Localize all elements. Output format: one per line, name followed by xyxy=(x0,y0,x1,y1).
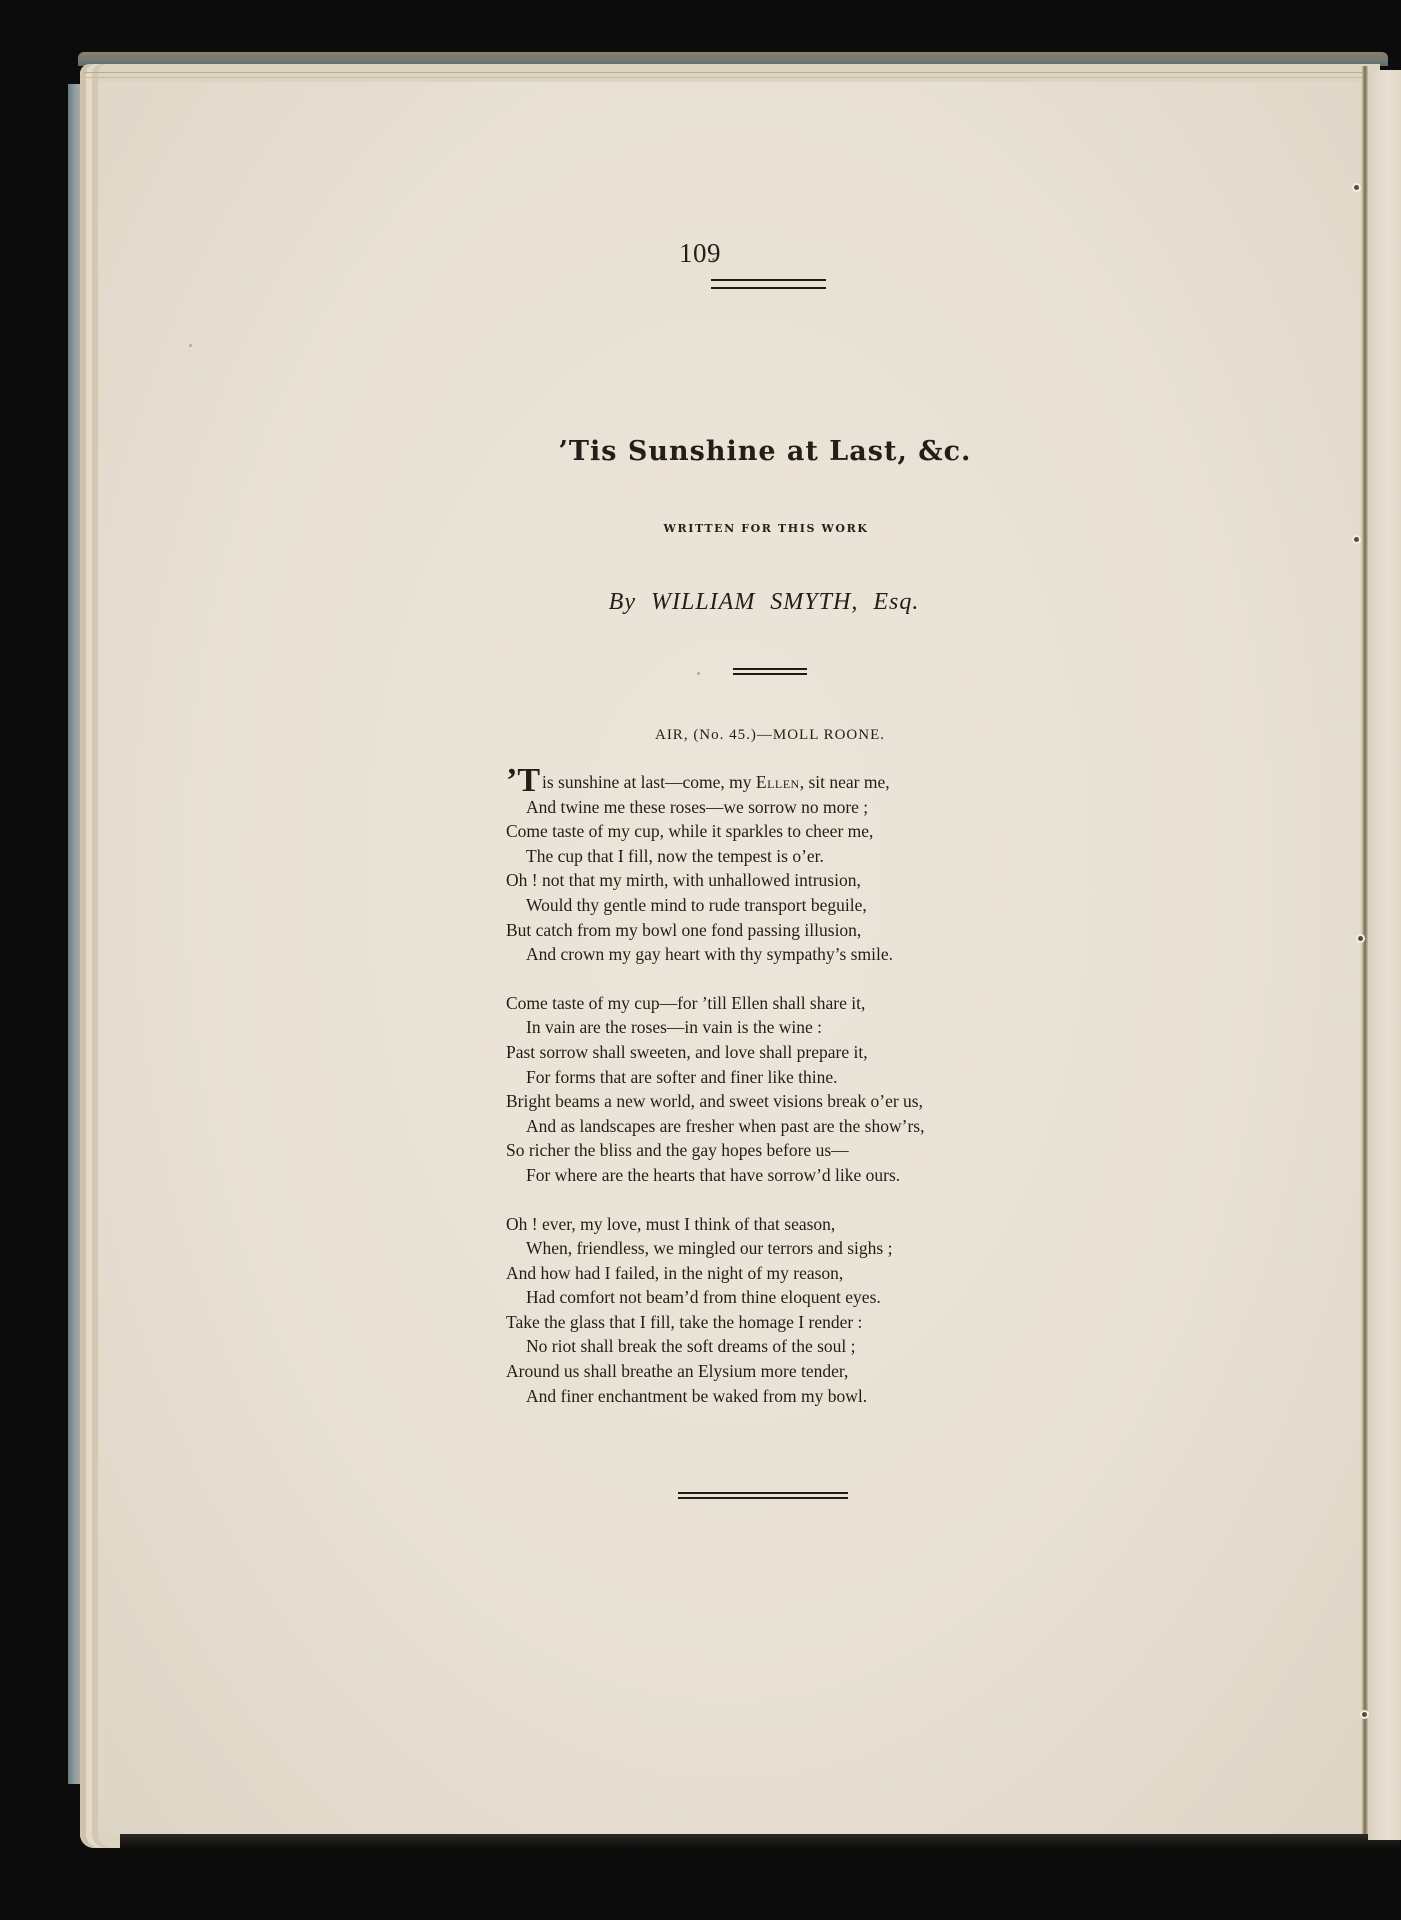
drop-cap: ’T xyxy=(506,762,540,799)
poem-line: And crown my gay heart with thy sympathy… xyxy=(506,942,1026,967)
poem-line: And twine me these roses—we sorrow no mo… xyxy=(506,795,1026,820)
air-tune-line: AIR, (No. 45.)—MOLL ROONE. xyxy=(0,727,1401,744)
poem-line: ’Tis sunshine at last—come, my Ellen, si… xyxy=(506,770,1026,795)
poem-subtitle: WRITTEN FOR THIS WORK xyxy=(0,522,1401,535)
header-double-rule xyxy=(711,279,826,289)
author-byline: By WILLIAM SMYTH, Esq. xyxy=(0,589,1401,616)
poem-line: For forms that are softer and finer like… xyxy=(506,1065,1026,1090)
section-rule xyxy=(733,668,807,675)
poem-line: But catch from my bowl one fond passing … xyxy=(506,918,1026,943)
poem-line: Oh ! ever, my love, must I think of that… xyxy=(506,1212,1026,1237)
page-number: 109 xyxy=(635,238,765,268)
poem-line: The cup that I fill, now the tempest is … xyxy=(506,844,1026,869)
poem-line: And as landscapes are fresher when past … xyxy=(506,1114,1026,1139)
stanza-2: Come taste of my cup—for ’till Ellen sha… xyxy=(506,991,1026,1188)
poem-line: When, friendless, we mingled our terrors… xyxy=(506,1236,1026,1261)
line-text: is sunshine at last—come, my xyxy=(542,772,756,792)
book-photograph: 109 ’Tis Sunshine at Last, &c. WRITTEN F… xyxy=(0,0,1401,1920)
poem-line: In vain are the roses—in vain is the win… xyxy=(506,1015,1026,1040)
poem-line: And how had I failed, in the night of my… xyxy=(506,1261,1026,1286)
poem-line: No riot shall break the soft dreams of t… xyxy=(506,1334,1026,1359)
poem-line: And finer enchantment be waked from my b… xyxy=(506,1384,1026,1409)
footer-rule xyxy=(678,1492,848,1499)
page-content: 109 ’Tis Sunshine at Last, &c. WRITTEN F… xyxy=(0,0,1401,1920)
poem-line: For where are the hearts that have sorro… xyxy=(506,1163,1026,1188)
poem-line: Had comfort not beam’d from thine eloque… xyxy=(506,1285,1026,1310)
line-text: , sit near me, xyxy=(800,772,890,792)
poem-line: Would thy gentle mind to rude transport … xyxy=(506,893,1026,918)
poem-line: So richer the bliss and the gay hopes be… xyxy=(506,1138,1026,1163)
poem-body: ’Tis sunshine at last—come, my Ellen, si… xyxy=(506,770,1026,1432)
poem-line: Take the glass that I fill, take the hom… xyxy=(506,1310,1026,1335)
poem-line: Past sorrow shall sweeten, and love shal… xyxy=(506,1040,1026,1065)
name-smallcaps: Ellen xyxy=(756,772,800,792)
poem-line: Come taste of my cup, while it sparkles … xyxy=(506,819,1026,844)
poem-title: ’Tis Sunshine at Last, &c. xyxy=(0,436,1401,467)
stanza-3: Oh ! ever, my love, must I think of that… xyxy=(506,1212,1026,1409)
poem-line: Bright beams a new world, and sweet visi… xyxy=(506,1089,1026,1114)
poem-line: Around us shall breathe an Elysium more … xyxy=(506,1359,1026,1384)
stanza-1: ’Tis sunshine at last—come, my Ellen, si… xyxy=(506,770,1026,967)
poem-line: Come taste of my cup—for ’till Ellen sha… xyxy=(506,991,1026,1016)
poem-line: Oh ! not that my mirth, with unhallowed … xyxy=(506,868,1026,893)
